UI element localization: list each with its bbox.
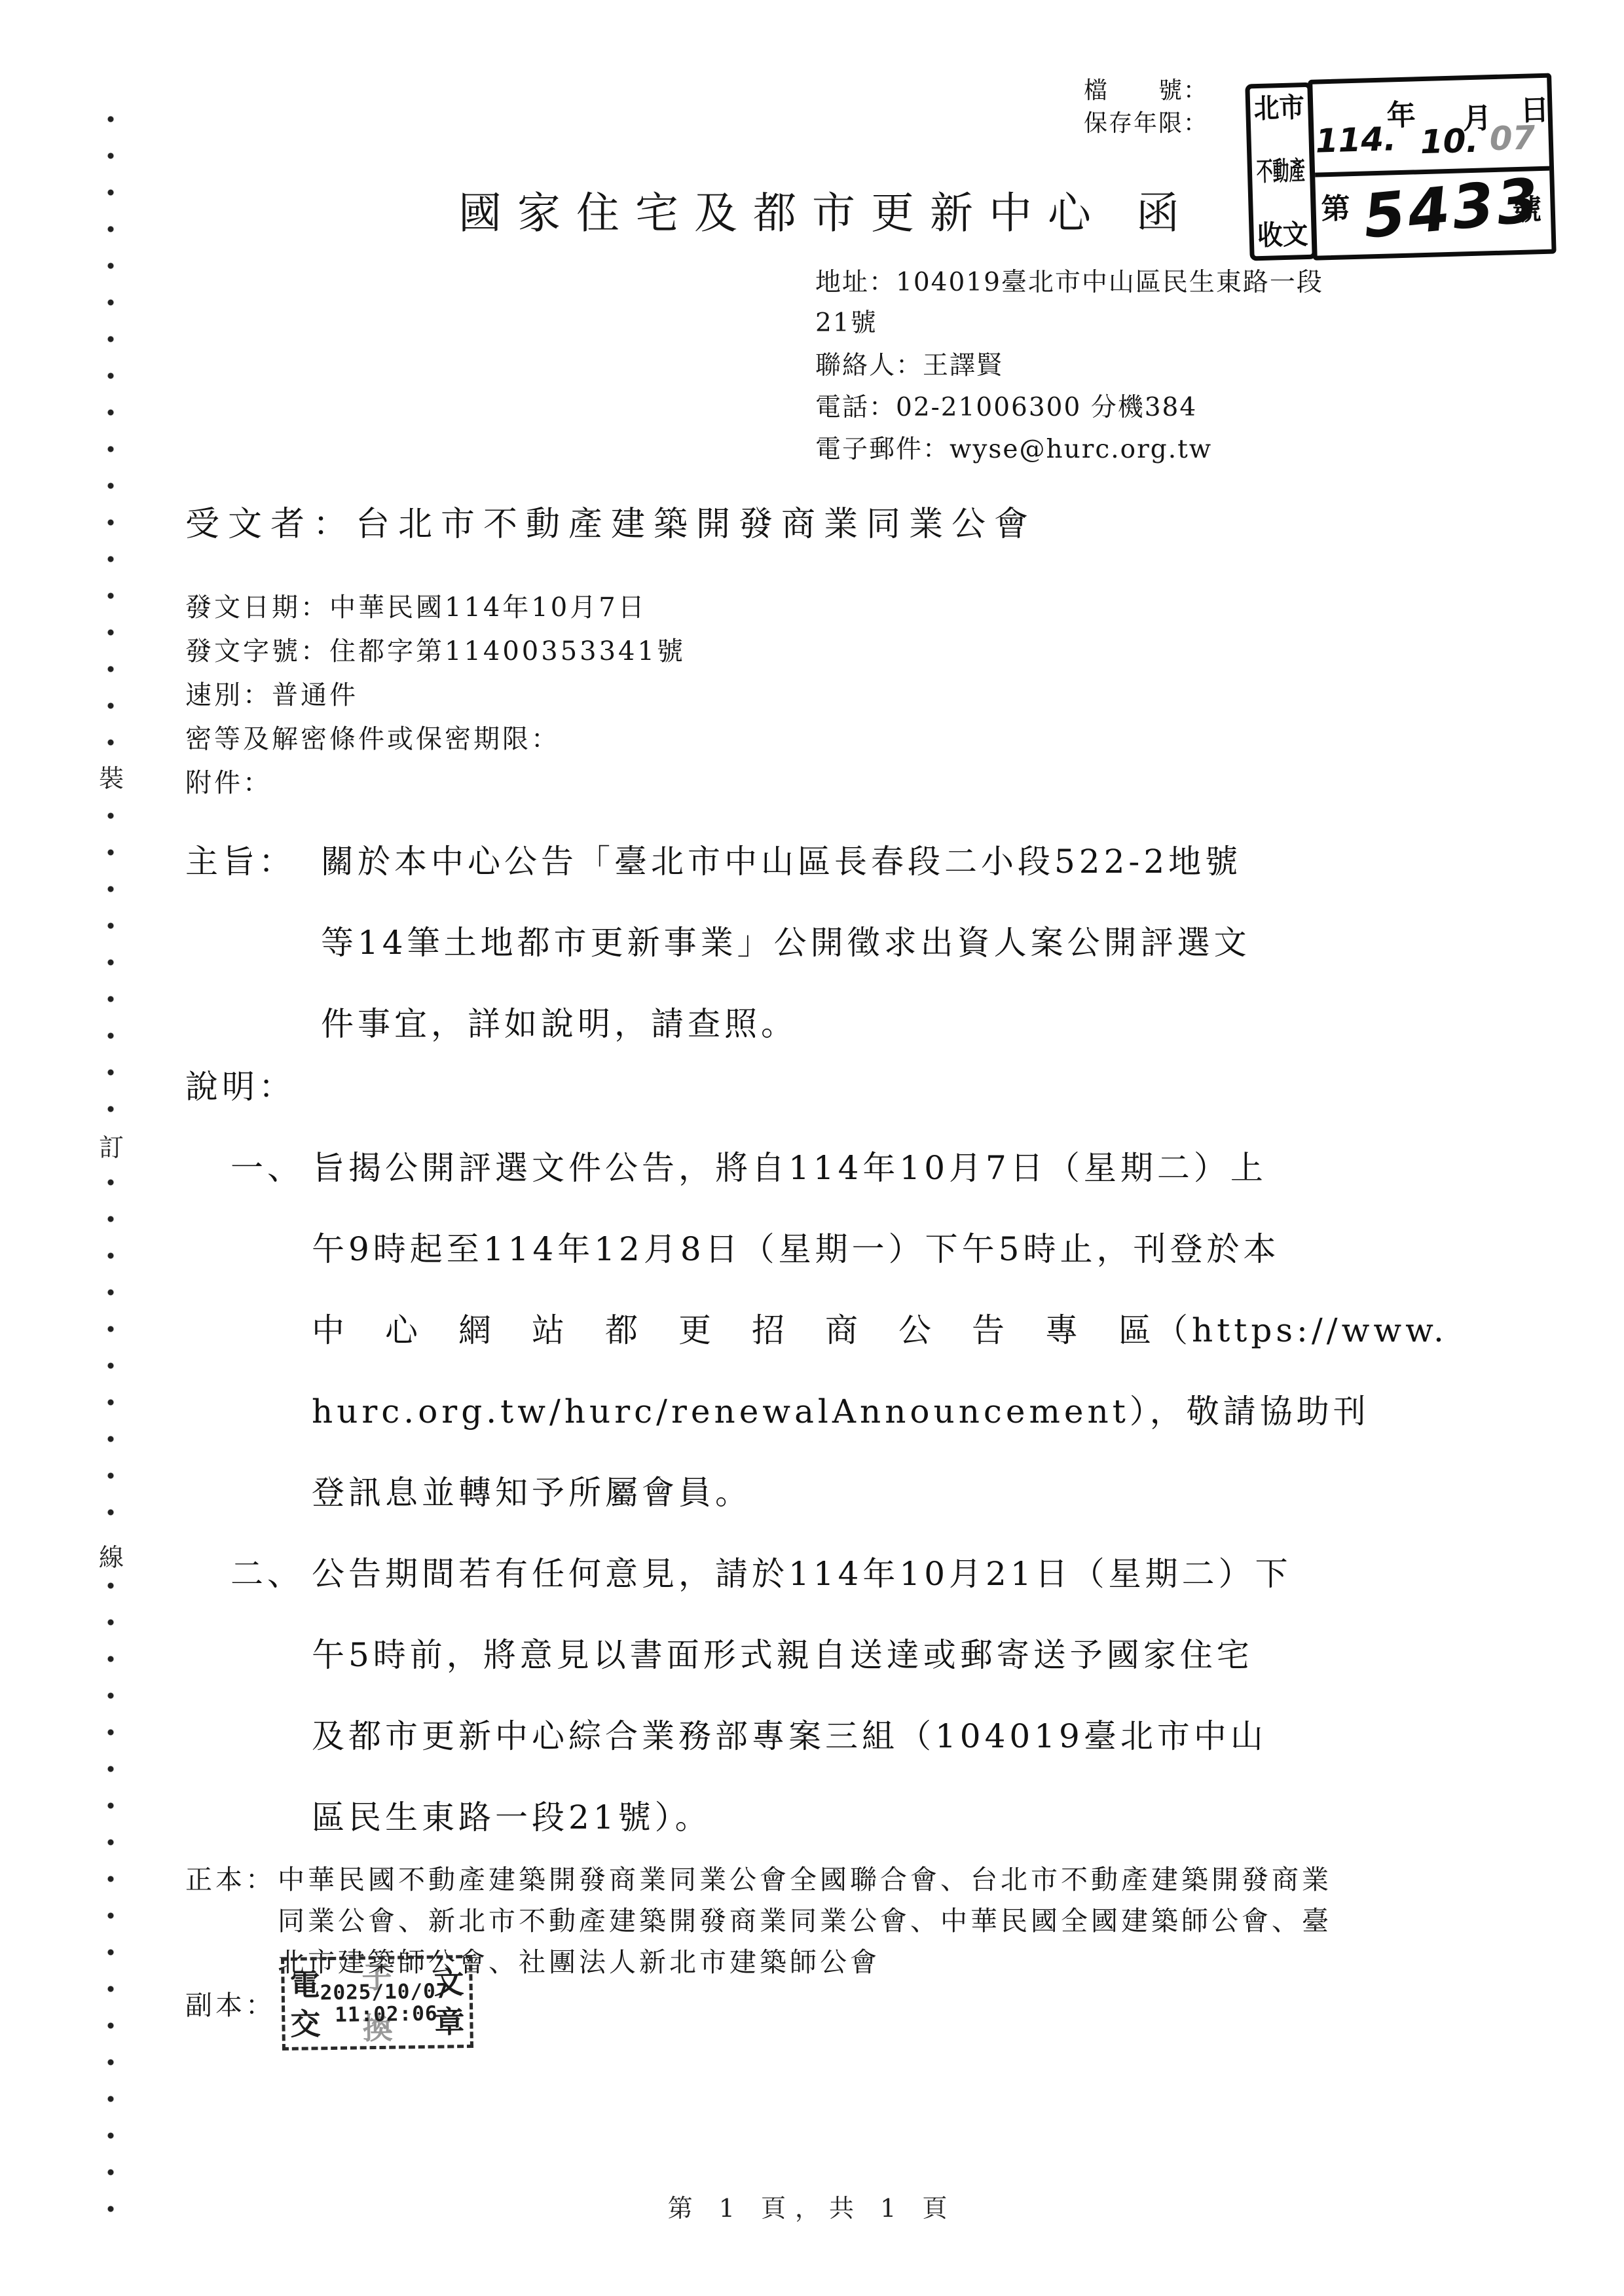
item-line: 午9時起至114年12月8日（星期一）下午5時止，刊登於本 (312, 1231, 1280, 1269)
item-number: 一、 (231, 1150, 304, 1188)
document-page: 裝 訂 線 檔 號： 保存年限： 北市 不動產 收文 114. 年 10. 月 … (0, 0, 1624, 2296)
exchange-stamp: 電 子 文 交 換 章 2025/10/07 11:02:06 (281, 1955, 473, 2050)
cc-label: 副本： (185, 1990, 276, 2021)
sender-address-line1: 地址：104019臺北市中山區民生東路一段 (815, 268, 1323, 298)
exchange-stamp-char-tl: 電 (289, 1969, 320, 2000)
subject-line: 件事宜，詳如說明，請查照。 (321, 1006, 798, 1044)
item-number: 二、 (231, 1556, 304, 1594)
margin-mark-binding: 裝 (92, 752, 131, 801)
exchange-stamp-time: 11:02:06 (335, 2002, 438, 2027)
original-copy-line: 同業公會、新北市不動產建築開發商業同業公會、中華民國全國建築師公會、臺 (278, 1906, 1332, 1937)
receive-stamp-month-label: 月 (1462, 104, 1492, 134)
receive-stamp: 北市 不動產 收文 114. 年 10. 月 07 日 第 5433 號 (1245, 73, 1557, 266)
meta-speed: 速別：普通件 (185, 680, 358, 710)
sender-contact: 聯絡人：王譯賢 (815, 352, 1003, 381)
exchange-stamp-date: 2025/10/07 (320, 1979, 449, 2005)
subject-line: 關於本中心公告「臺北市中山區長春段二小段522-2地號 (321, 843, 1242, 881)
page-footer: 第 1 頁，共 1 頁 (668, 2195, 957, 2223)
original-copy-line: 中華民國不動產建築開發商業同業公會全國聯合會、台北市不動產建築開發商業 (278, 1865, 1332, 1895)
item-line: 登訊息並轉知予所屬會員。 (312, 1474, 752, 1512)
margin-mark-line: 線 (92, 1531, 131, 1580)
recipient-line: 受文者：台北市不動產建築開發商業同業公會 (185, 505, 1037, 545)
item-line: hurc.org.tw/hurc/renewalAnnouncement），敬請… (312, 1393, 1370, 1431)
item-line: 公告期間若有任何意見，請於114年10月21日（星期二）下 (312, 1556, 1292, 1594)
receive-stamp-org-column: 北市 不動產 收文 (1245, 82, 1316, 261)
item-line: 中 心 網 站 都 更 招 商 公 告 專 區（https://www. (312, 1312, 1448, 1350)
meta-date: 發文日期：中華民國114年10月7日 (185, 592, 647, 623)
document-title: 國家住宅及都市更新中心 函 (458, 189, 1195, 238)
receive-stamp-year-label: 年 (1386, 101, 1416, 130)
receive-stamp-no-prefix: 第 (1321, 194, 1350, 224)
item-line: 區民生東路一段21號）。 (312, 1799, 712, 1837)
meta-security: 密等及解密條件或保密期限： (185, 724, 560, 754)
exchange-stamp-char-bl: 交 (290, 2009, 321, 2039)
item-line: 旨揭公開評選文件公告，將自114年10月7日（星期二）上 (312, 1150, 1267, 1188)
original-copy-label: 正本： (185, 1865, 276, 1895)
receive-stamp-body: 114. 年 10. 月 07 日 第 5433 號 (1308, 73, 1557, 261)
meta-attachment: 附件： (185, 768, 272, 798)
binding-dotted-line (106, 115, 115, 2239)
file-number-label: 檔 號： (1084, 77, 1208, 104)
meta-doc-no: 發文字號：住都字第11400353341號 (185, 636, 686, 666)
sender-phone: 電話：02-21006300 分機384 (815, 393, 1197, 423)
item-line: 午5時前，將意見以書面形式親自送達或郵寄送予國家住宅 (312, 1637, 1253, 1675)
receive-stamp-number-row: 第 5433 號 (1315, 171, 1551, 261)
receive-stamp-org-top: 北市 (1253, 94, 1304, 122)
receive-stamp-year-value: 114. (1315, 122, 1397, 157)
subject-label: 主旨： (185, 843, 295, 881)
receive-stamp-org-mid: 不動產 (1256, 158, 1305, 185)
sender-email: 電子郵件：wyse@hurc.org.tw (815, 435, 1212, 465)
item-line: 及都市更新中心綜合業務部專案三組（104019臺北市中山 (312, 1718, 1267, 1756)
receive-stamp-date-row: 114. 年 10. 月 07 日 (1312, 78, 1549, 177)
subject-line: 等14筆土地都市更新事業」公開徵求出資人案公開評選文 (321, 924, 1251, 962)
receive-stamp-org-bottom: 收文 (1257, 221, 1308, 249)
retention-label: 保存年限： (1084, 110, 1208, 137)
description-label: 說明： (185, 1068, 295, 1106)
sender-address-line2: 21號 (815, 309, 877, 338)
receive-stamp-no-suffix: 號 (1512, 196, 1541, 225)
exchange-stamp-char-br: 章 (434, 2007, 465, 2037)
receive-stamp-day-label: 日 (1520, 96, 1549, 126)
margin-mark-staple: 訂 (92, 1121, 131, 1170)
